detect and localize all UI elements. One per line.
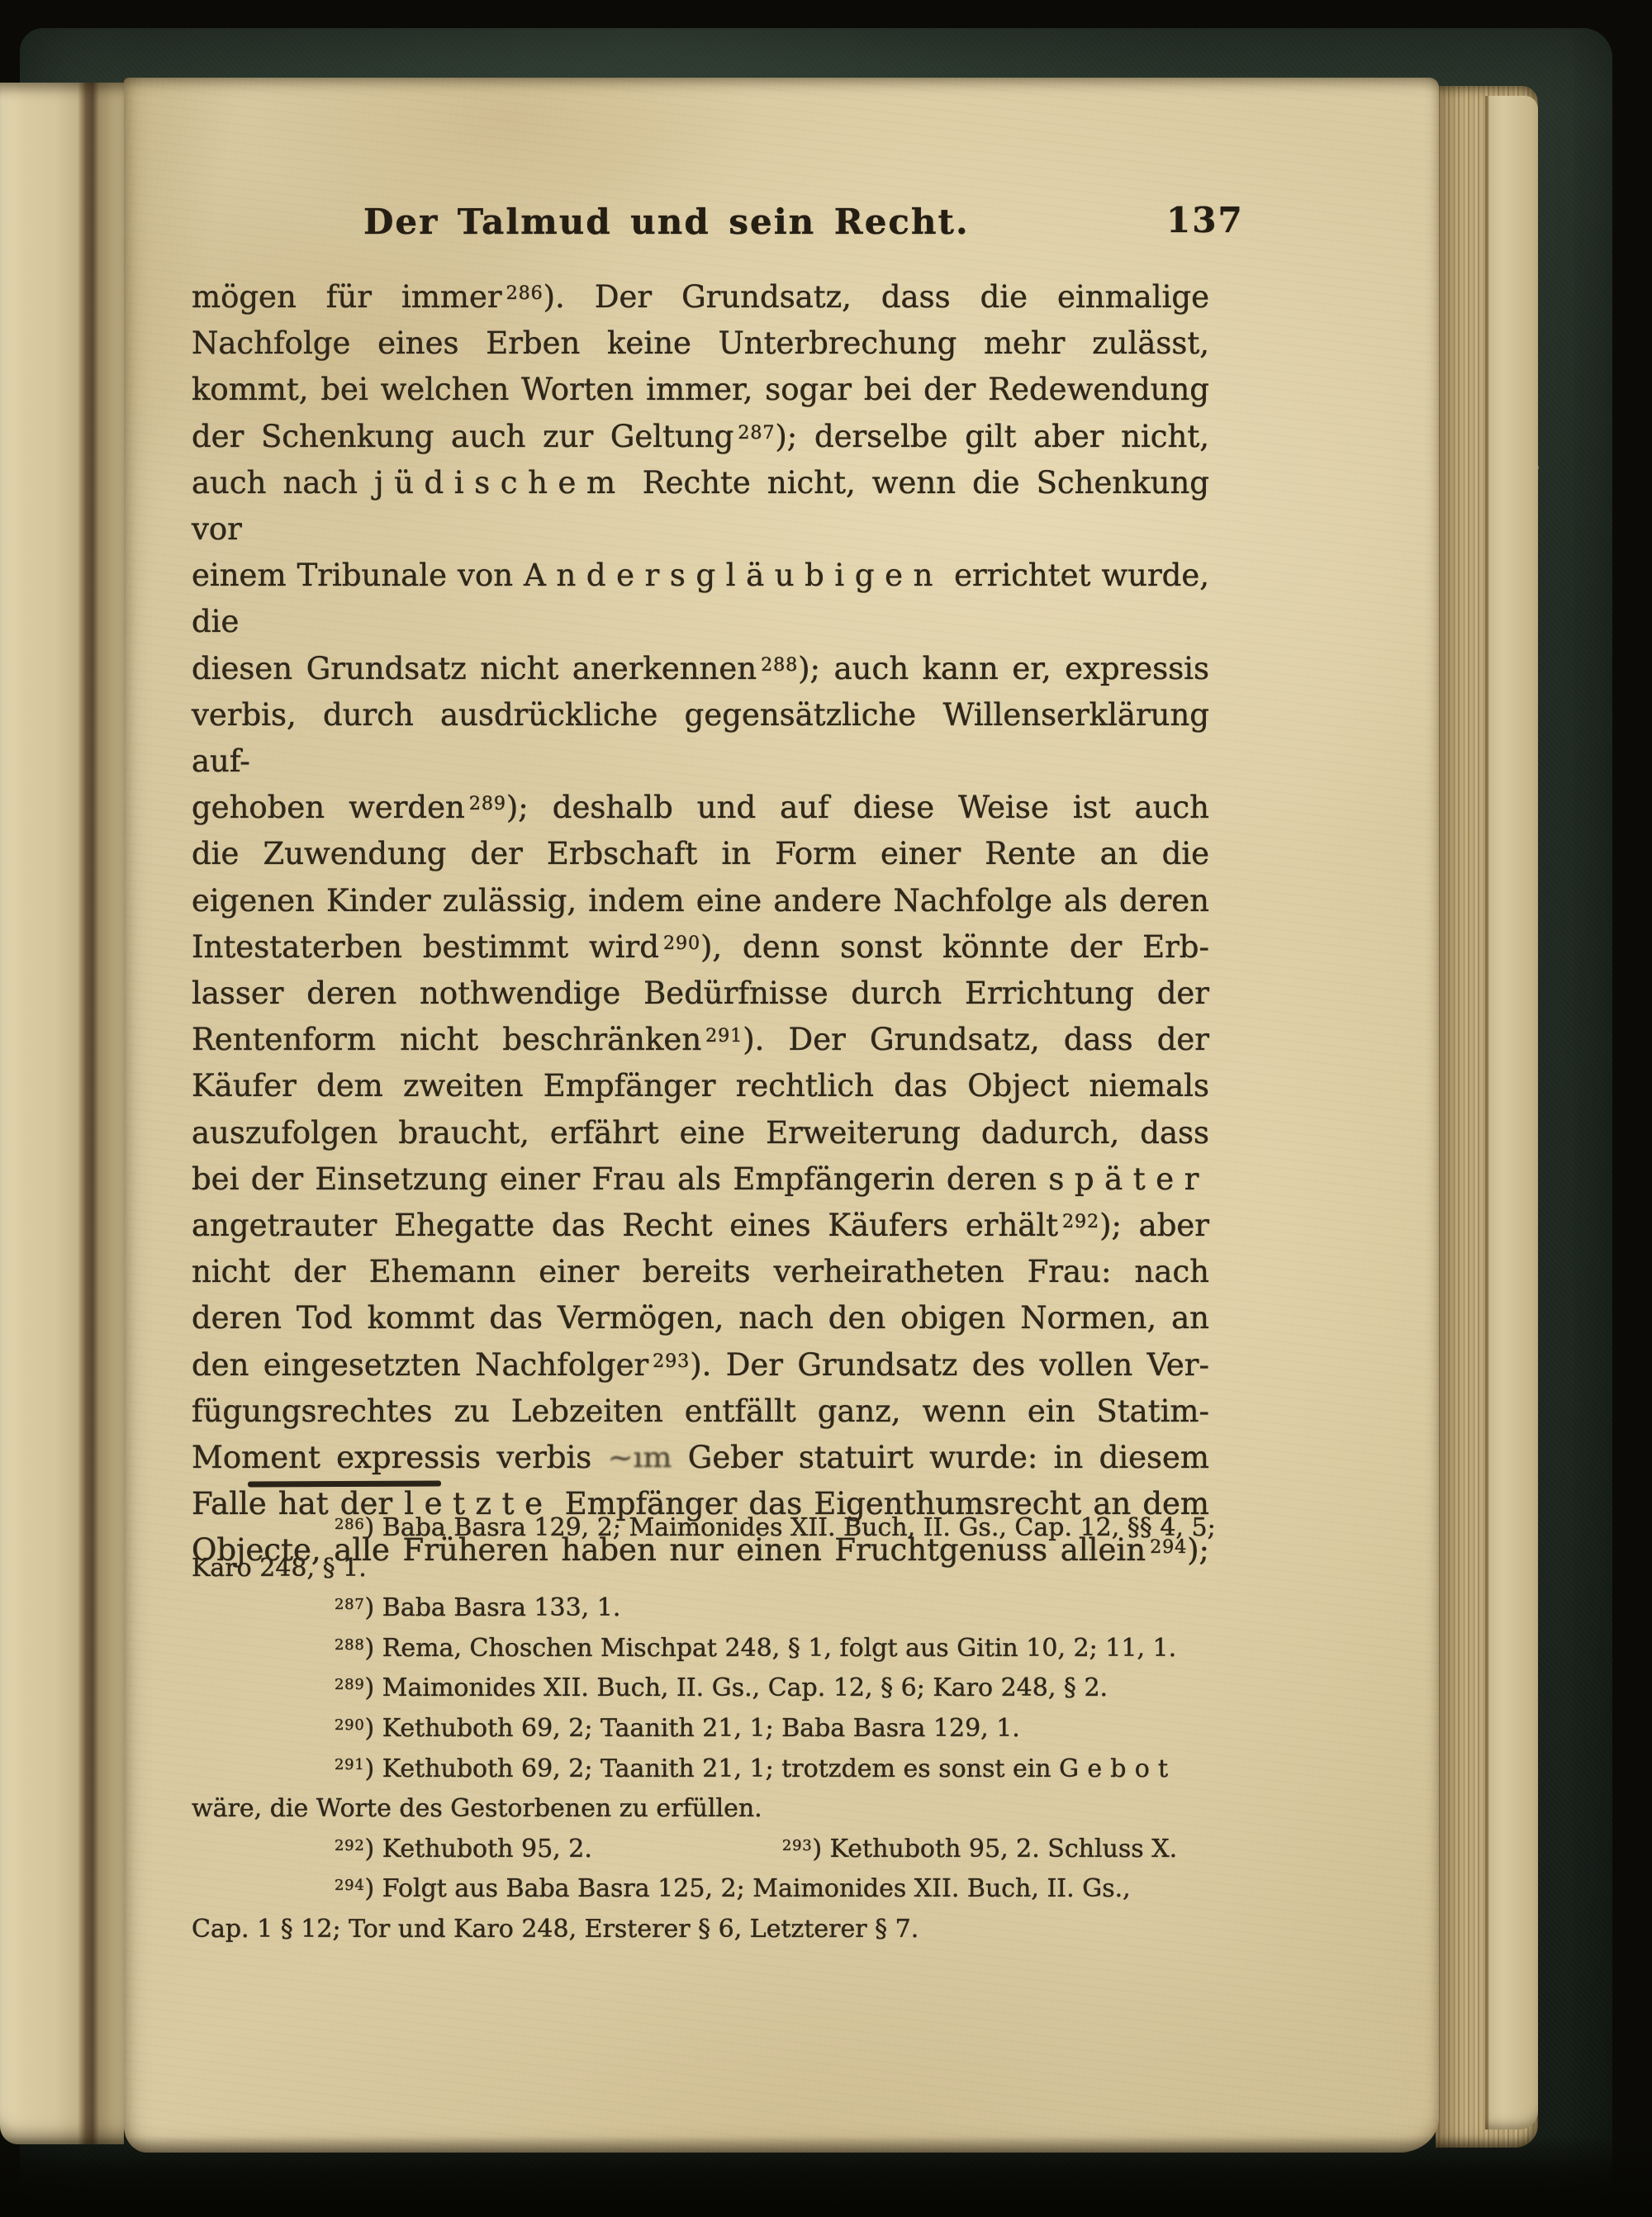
body-line: deren Tod kommt das Vermögen, nach den o… (192, 1295, 1209, 1341)
page-number: 137 (1166, 203, 1244, 238)
smudged-print: ~ım (608, 1436, 672, 1479)
running-header: Der Talmud und sein Recht. (363, 205, 970, 240)
letterspaced-word: jüdischem (374, 465, 626, 501)
body-line: Rentenform nicht beschränken291). Der Gr… (192, 1017, 1209, 1063)
footnote-ref: 292 (335, 1837, 365, 1854)
body-text: mögen für immer286). Der Grundsatz, dass… (192, 274, 1209, 1574)
footnote-ref: 294 (335, 1877, 365, 1894)
footnote-line: Cap. 1 § 12; Tor und Karo 248, Ersterer … (192, 1910, 1216, 1950)
body-line: auch nach jüdischem Rechte nicht, wenn d… (192, 460, 1209, 553)
footnote-ref: 293 (782, 1837, 813, 1854)
footnote-ref: 290 (663, 933, 700, 954)
body-line: diesen Grundsatz nicht anerkennen288); a… (192, 646, 1209, 692)
footnote-ref: 291 (335, 1756, 365, 1773)
body-line: den eingesetzten Nachfolger293). Der Gru… (192, 1342, 1209, 1389)
footnote-line: 287) Baba Basra 133, 1. (192, 1588, 1216, 1629)
protruding-page (1485, 96, 1538, 2129)
body-line: verbis, durch ausdrückliche gegensätzlic… (192, 692, 1209, 785)
body-line: mögen für immer286). Der Grundsatz, dass… (192, 274, 1209, 320)
body-line: nicht der Ehemann einer bereits verheira… (192, 1249, 1209, 1295)
footnote-gap (592, 1856, 778, 1857)
footnote-line: wäre, die Worte des Gestorbenen zu erfül… (192, 1789, 1216, 1830)
body-line: kommt, bei welchen Worten immer, sogar b… (192, 367, 1209, 413)
footnote-ref: 286 (335, 1516, 365, 1533)
footnote-ref: 287 (335, 1596, 365, 1613)
footnote-line: 288) Rema, Choschen Mischpat 248, § 1, f… (192, 1629, 1216, 1669)
body-line: der Schenkung auch zur Geltung287); ders… (192, 414, 1209, 460)
body-line: angetrauter Ehegatte das Recht eines Käu… (192, 1203, 1209, 1249)
letterspaced-word: Gebot (1059, 1754, 1176, 1783)
footnote-ref: 289 (469, 793, 506, 814)
body-line: Käufer dem zweiten Empfänger rechtlich d… (192, 1063, 1209, 1109)
footnote-line: 286) Baba Basra 129, 2; Maimonides XII. … (192, 1508, 1216, 1549)
footnotes: 286) Baba Basra 129, 2; Maimonides XII. … (192, 1508, 1216, 1950)
footnote-ref: 292 (1062, 1211, 1099, 1232)
body-line: die Zuwendung der Erbschaft in Form eine… (192, 831, 1209, 877)
body-line: einem Tribunale von Andersgläubigen erri… (192, 553, 1209, 645)
footnote-line: 290) Kethuboth 69, 2; Taanith 21, 1; Bab… (192, 1709, 1216, 1749)
footnote-line: 294) Folgt aus Baba Basra 125, 2; Maimon… (192, 1869, 1216, 1910)
footnote-ref: 288 (761, 654, 798, 676)
body-line: eigenen Kinder zulässig, indem eine ande… (192, 878, 1209, 924)
footnote-ref: 286 (506, 282, 544, 304)
body-line: fügungsrechtes zu Lebzeiten entfällt gan… (192, 1389, 1209, 1435)
footnote-ref: 293 (653, 1351, 690, 1372)
body-line: bei der Einsetzung einer Frau als Empfän… (192, 1156, 1209, 1203)
footnote-separator (248, 1480, 441, 1487)
body-line: Intestaterben bestimmt wird290), denn so… (192, 924, 1209, 971)
left-page-edge (0, 83, 124, 2144)
footnote-ref: 290 (335, 1716, 365, 1734)
footnote-ref: 291 (705, 1025, 743, 1047)
footnote-line: 292) Kethuboth 95, 2.293) Kethuboth 95, … (192, 1830, 1216, 1870)
body-line: lasser deren nothwendige Bedürfnisse dur… (192, 971, 1209, 1017)
footnote-ref: 288 (335, 1636, 365, 1654)
letterspaced-word: Andersgläubigen (524, 558, 943, 593)
body-line: Moment expressis verbis ~ım Geber statui… (192, 1435, 1209, 1481)
footnote-line: 289) Maimonides XII. Buch, II. Gs., Cap.… (192, 1669, 1216, 1709)
footnote-ref: 287 (738, 422, 775, 444)
footnote-line: Karo 248, § 1. (192, 1549, 1216, 1589)
bottom-shadow (0, 2136, 1652, 2217)
body-line: gehoben werden289); deshalb und auf dies… (192, 785, 1209, 831)
letterspaced-word: später (1048, 1161, 1209, 1197)
footnote-line: 291) Kethuboth 69, 2; Taanith 21, 1; tro… (192, 1749, 1216, 1790)
footnote-ref: 289 (335, 1676, 365, 1693)
scanned-book-photo: Der Talmud und sein Recht. 137 mögen für… (0, 0, 1652, 2217)
body-line: auszufolgen braucht, erfährt eine Erweit… (192, 1110, 1209, 1156)
body-line: Nachfolge eines Erben keine Unterbrechun… (192, 320, 1209, 367)
